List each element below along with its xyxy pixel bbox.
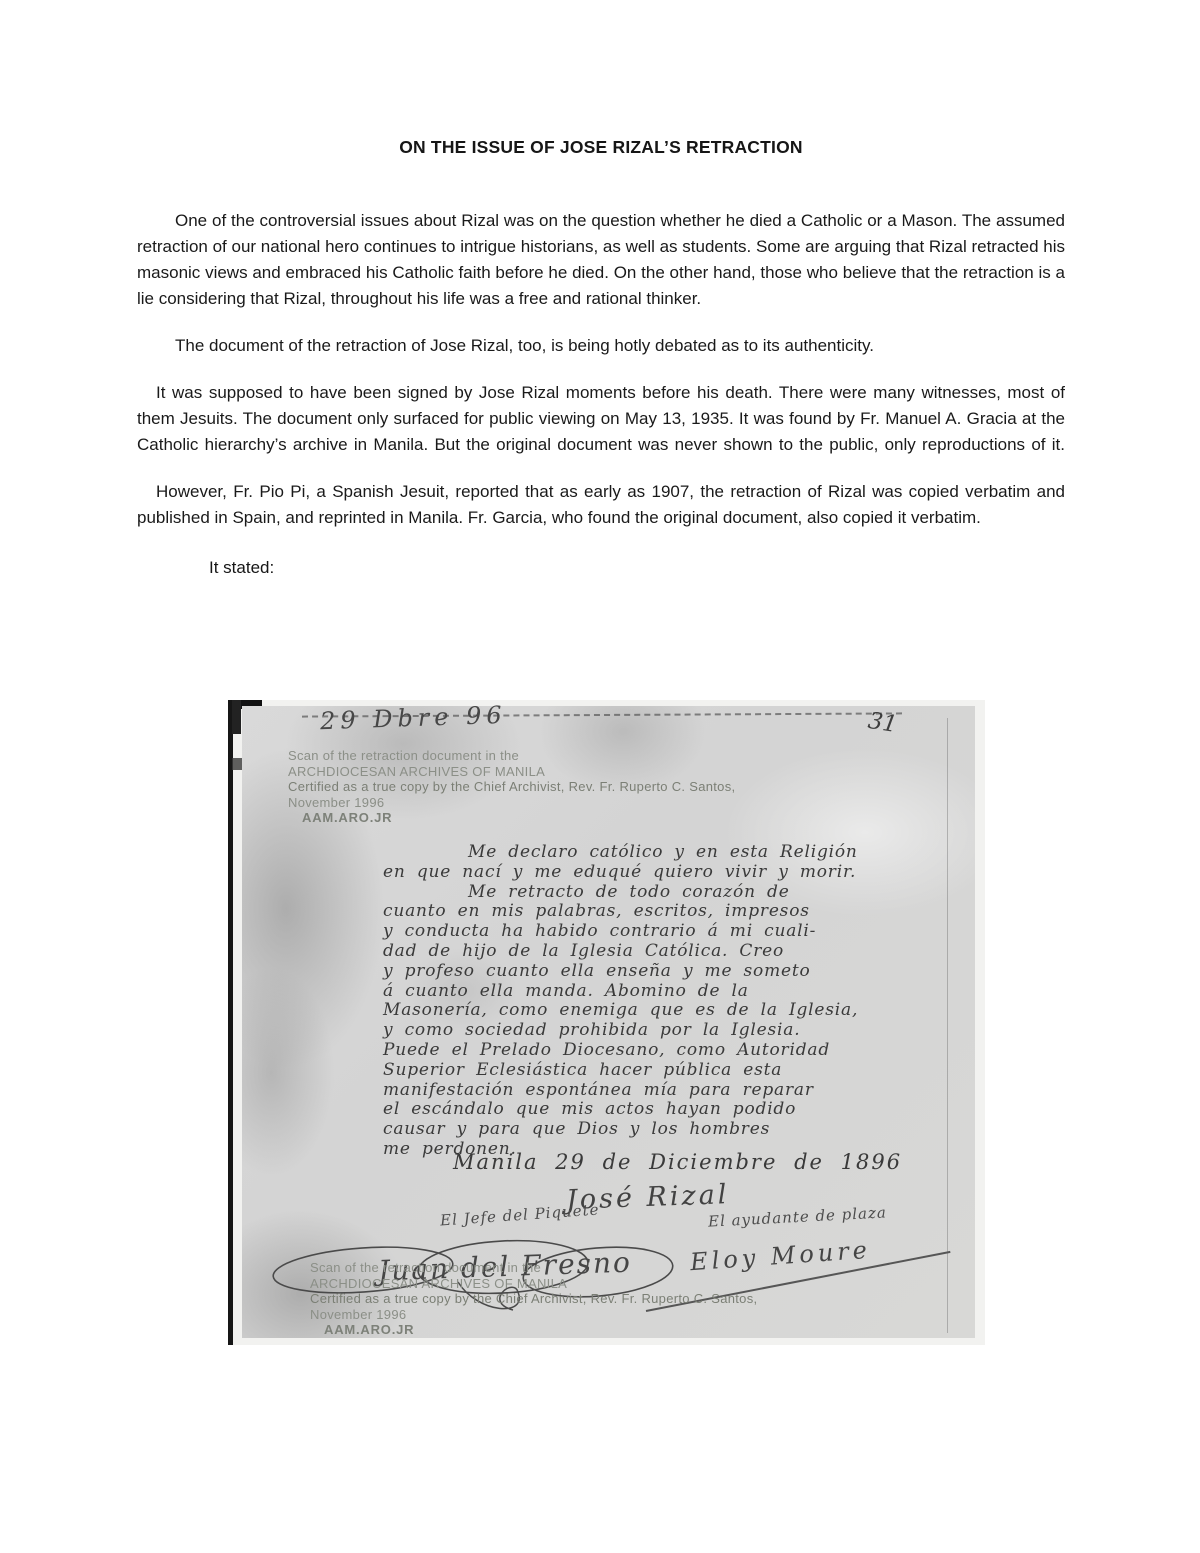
retraction-handwritten-text: Me declaro católico y en esta Religión e… bbox=[383, 843, 935, 1160]
stamp-line: Certified as a true copy by the Chief Ar… bbox=[288, 779, 735, 795]
stamp-line: Certified as a true copy by the Chief Ar… bbox=[310, 1291, 757, 1307]
stamp-line: Scan of the retraction document in the bbox=[310, 1260, 757, 1276]
handwriting-line: Superior Eclesiástica hacer pública esta bbox=[383, 1061, 935, 1081]
handwritten-page-number: 31 bbox=[866, 708, 899, 738]
handwriting-line: manifestación espontánea mía para repara… bbox=[383, 1081, 935, 1101]
archive-stamp-top: Scan of the retraction document in the A… bbox=[288, 748, 735, 826]
handwriting-line: cuanto en mis palabras, escritos, impres… bbox=[383, 902, 935, 922]
scan-left-edge bbox=[228, 700, 233, 1345]
handwriting-line: causar y para que Dios y los hombres bbox=[383, 1120, 935, 1140]
stamp-line: Scan of the retraction document in the bbox=[288, 748, 735, 764]
handwritten-date-line: Manila 29 de Diciembre de 1896 bbox=[453, 1150, 902, 1174]
handwriting-line: el escándalo que mis actos hayan podido bbox=[383, 1100, 935, 1120]
paragraph-2: The document of the retraction of Jose R… bbox=[137, 333, 1065, 359]
stamp-line: November 1996 bbox=[310, 1307, 757, 1323]
page-title: ON THE ISSUE OF JOSE RIZAL’S RETRACTION bbox=[137, 137, 1065, 158]
document-content: ON THE ISSUE OF JOSE RIZAL’S RETRACTION … bbox=[137, 137, 1065, 581]
stamp-code: AAM.ARO.JR bbox=[310, 1322, 757, 1338]
stamp-line: ARCHDIOCESAN ARCHIVES OF MANILA bbox=[310, 1276, 757, 1292]
handwriting-line: Me declaro católico y en esta Religión bbox=[383, 843, 935, 863]
handwriting-line: en que nací y me eduqué quiero vivir y m… bbox=[383, 863, 935, 883]
scan-edge-tick bbox=[232, 758, 242, 770]
handwriting-line: Puede el Prelado Diocesano, como Autorid… bbox=[383, 1041, 935, 1061]
paper-fold-line bbox=[947, 718, 948, 1333]
handwriting-line: Masonería, como enemiga que es de la Igl… bbox=[383, 1001, 935, 1021]
it-stated-label: It stated: bbox=[137, 555, 1065, 581]
paragraph-4: However, Fr. Pio Pi, a Spanish Jesuit, r… bbox=[137, 479, 1065, 531]
stamp-code: AAM.ARO.JR bbox=[288, 810, 735, 826]
retraction-scan-image: 29 Dbre 96 31 Scan of the retraction doc… bbox=[228, 700, 985, 1345]
handwriting-line: dad de hijo de la Iglesia Católica. Creo bbox=[383, 942, 935, 962]
archive-stamp-bottom: Scan of the retraction document in the A… bbox=[310, 1260, 757, 1338]
handwriting-line: y como sociedad prohibida por la Iglesia… bbox=[383, 1021, 935, 1041]
stamp-line: November 1996 bbox=[288, 795, 735, 811]
document-page: ON THE ISSUE OF JOSE RIZAL’S RETRACTION … bbox=[0, 0, 1200, 1553]
handwriting-line: y profeso cuanto ella enseña y me someto bbox=[383, 962, 935, 982]
scan-corner-stub bbox=[232, 700, 241, 734]
handwriting-line: y conducta ha habido contrario á mi cual… bbox=[383, 922, 935, 942]
paragraph-1: One of the controversial issues about Ri… bbox=[137, 208, 1065, 312]
handwriting-line: Me retracto de todo corazón de bbox=[383, 883, 935, 903]
paragraph-3: It was supposed to have been signed by J… bbox=[137, 380, 1065, 458]
handwriting-line: á cuanto ella manda. Abomino de la bbox=[383, 982, 935, 1002]
stamp-line: ARCHDIOCESAN ARCHIVES OF MANILA bbox=[288, 764, 735, 780]
